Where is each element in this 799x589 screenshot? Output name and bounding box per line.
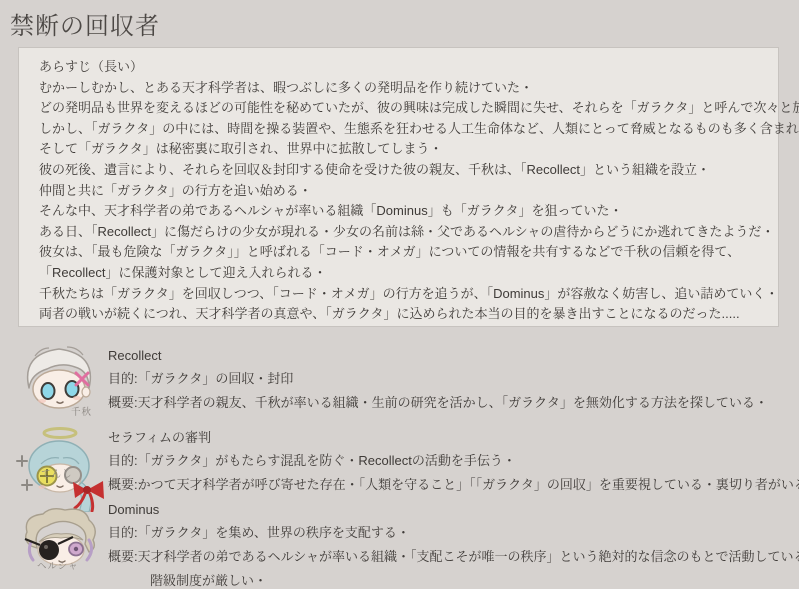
faction-name: セラフィムの審判: [108, 427, 799, 449]
faction-recollect: 千秋 Recollect 目的:「ガラクタ」の回収・封印 概要:天才科学者の親友…: [15, 342, 768, 420]
synopsis-line: しかし、「ガラクタ」の中には、時間を操る装置や、生態系を狂わせる人工生命体など、…: [39, 119, 764, 140]
faction-dominus: ヘルシャ Dominus 目的:「ガラクタ」を集め、世界の秩序を支配する・ 概要…: [15, 496, 799, 589]
avatar-label-tenshi: てんし: [41, 466, 73, 480]
synopsis-panel: あらすじ（長い） むかーしむかし、とある天才科学者は、暇つぶしに多くの発明品を作…: [18, 47, 779, 327]
synopsis-line: むかーしむかし、とある天才科学者は、暇つぶしに多くの発明品を作り続けていた・: [39, 78, 764, 99]
faction-goal: 目的:「ガラクタ」がもたらす混乱を防ぐ・Recollectの活動を手伝う・: [108, 449, 799, 473]
synopsis-line: そんな中、天才科学者の弟であるヘルシャが率いる組織「Dominus」も「ガラクタ…: [39, 201, 764, 222]
faction-overview: 概要:天才科学者の親友、千秋が率いる組織・生前の研究を活かし、「ガラクタ」を無効…: [108, 391, 768, 415]
faction-overview: 概要:かつて天才科学者が呼び寄せた存在・「人類を守ること」「「ガラクタ」の回収」…: [108, 473, 799, 497]
synopsis-line: 両者の戦いが続くにつれ、天才科学者の真意や、「ガラクタ」に込められた本当の目的を…: [39, 304, 764, 325]
faction-overview-cont: 階級制度が厳しい・: [108, 569, 799, 589]
synopsis-line: 仲間と共に「ガラクタ」の行方を追い始める・: [39, 181, 764, 202]
synopsis-line: 千秋たちは「ガラクタ」を回収しつつ、「コード・オメガ」の行方を追うが、「Domi…: [39, 284, 764, 305]
faction-name: Recollect: [108, 345, 768, 367]
avatar-label-hersha: ヘルシャ: [37, 558, 79, 572]
faction-overview: 概要:天才科学者の弟であるヘルシャが率いる組織・「支配こそが唯一の秩序」という絶…: [108, 545, 799, 569]
synopsis-line: どの発明品も世界を変えるほどの可能性を秘めていたが、彼の興味は完成した瞬間に失せ…: [39, 98, 764, 119]
faction-name: Dominus: [108, 499, 799, 521]
synopsis-line: 彼女は、「最も危険な「ガラクタ」」と呼ばれる「コード・オメガ」についての情報を共…: [39, 242, 764, 263]
avatar-chiaki: 千秋: [15, 342, 108, 420]
avatar-label-chiaki: 千秋: [71, 404, 92, 418]
synopsis-line: ある日、「Recollect」に傷だらけの少女が現れる・少女の名前は絲・父である…: [39, 222, 764, 243]
halo-icon: [44, 429, 76, 438]
page-title: 禁断の回収者: [10, 6, 160, 41]
page: { "page": { "title": "禁断の回収者" }, "colors…: [0, 0, 799, 589]
synopsis-line: 「Recollect」に保護対象として迎え入れられる・: [39, 263, 764, 284]
synopsis-line: そして「ガラクタ」は秘密裏に取引され、世界中に拡散してしまう・: [39, 139, 764, 160]
avatar-hersha: ヘルシャ: [15, 496, 108, 589]
synopsis-line: 彼の死後、遺言により、それらを回収＆封印する使命を受けた彼の親友、千秋は、「Re…: [39, 160, 764, 181]
faction-goal: 目的:「ガラクタ」を集め、世界の秩序を支配する・: [108, 521, 799, 545]
synopsis-heading: あらすじ（長い）: [39, 57, 764, 78]
faction-goal: 目的:「ガラクタ」の回収・封印: [108, 367, 768, 391]
